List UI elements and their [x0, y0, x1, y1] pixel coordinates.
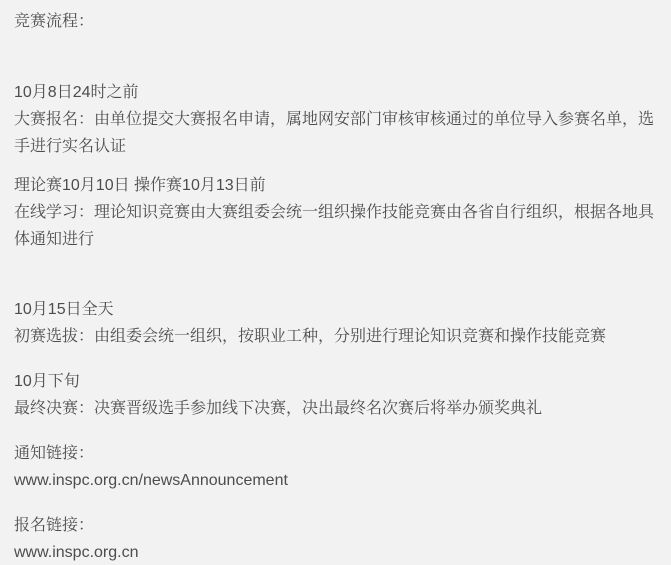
notice-link-block: 通知链接： www.inspc.org.cn/newsAnnouncement [14, 440, 657, 494]
schedule-date: 10月下旬 [14, 368, 657, 395]
schedule-section-registration: 10月8日24时之前 大赛报名：由单位提交大赛报名申请，属地网安部门审核审核通过… [14, 79, 657, 160]
schedule-date: 10月8日24时之前 [14, 79, 657, 106]
document-title: 竞赛流程： [14, 8, 657, 35]
schedule-section-final: 10月下旬 最终决赛：决赛晋级选手参加线下决赛，决出最终名次赛后将举办颁奖典礼 [14, 368, 657, 422]
schedule-description: 初赛选拔：由组委会统一组织，按职业工种，分别进行理论知识竞赛和操作技能竞赛 [14, 323, 657, 350]
competition-process-document: 竞赛流程： 10月8日24时之前 大赛报名：由单位提交大赛报名申请，属地网安部门… [14, 8, 657, 565]
schedule-date: 理论赛10月10日 操作赛10月13日前 [14, 172, 657, 199]
notice-link-label: 通知链接： [14, 440, 657, 467]
schedule-description: 最终决赛：决赛晋级选手参加线下决赛，决出最终名次赛后将举办颁奖典礼 [14, 395, 657, 422]
schedule-description: 大赛报名：由单位提交大赛报名申请，属地网安部门审核审核通过的单位导入参赛名单，选… [14, 106, 657, 160]
schedule-section-online-learning: 理论赛10月10日 操作赛10月13日前 在线学习：理论知识竞赛由大赛组委会统一… [14, 172, 657, 253]
schedule-section-preliminary: 10月15日全天 初赛选拔：由组委会统一组织，按职业工种，分别进行理论知识竞赛和… [14, 296, 657, 350]
registration-link-url: www.inspc.org.cn [14, 539, 657, 565]
registration-link-block: 报名链接： www.inspc.org.cn [14, 512, 657, 565]
notice-link-url: www.inspc.org.cn/newsAnnouncement [14, 467, 657, 494]
registration-link-label: 报名链接： [14, 512, 657, 539]
schedule-date: 10月15日全天 [14, 296, 657, 323]
schedule-description: 在线学习：理论知识竞赛由大赛组委会统一组织操作技能竞赛由各省自行组织，根据各地具… [14, 199, 657, 253]
